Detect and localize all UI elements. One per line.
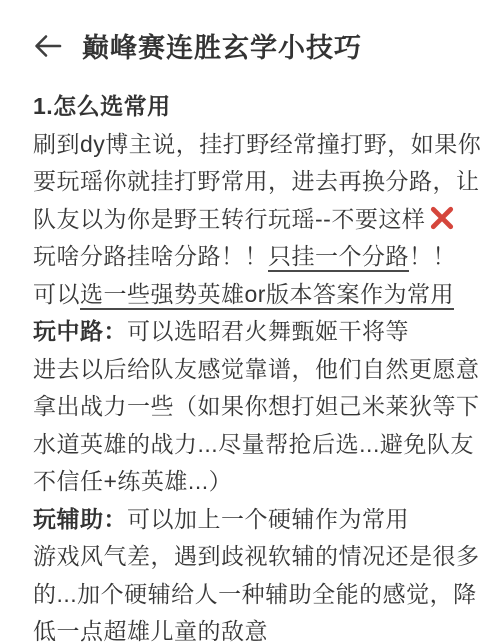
text-segment: 拿出战力一些（如果你想打妲己米莱狄等下 [33, 393, 480, 419]
text-segment: 水道英雄的战力...尽量帮抢后选...避免队友 [33, 431, 474, 457]
text-line: 进去以后给队友感觉靠谱，他们自然更愿意 [33, 351, 478, 389]
header: 巅峰赛连胜玄学小技巧 [0, 0, 500, 65]
text-line: 刷到dy博主说，挂打野经常撞打野，如果你 [33, 126, 478, 164]
underlined-text: 只挂一个分路 [268, 243, 409, 272]
back-button[interactable] [33, 31, 65, 61]
text-segment: 刷到dy博主说，挂打野经常撞打野，如果你 [33, 131, 481, 157]
text-segment: 的...加个硬辅给人一种辅助全能的感觉，降 [33, 581, 477, 607]
text-segment: 队友以为你是野王转行玩瑶--不要这样 [33, 206, 425, 232]
text-line: 要玩瑶你就挂打野常用，进去再换分路，让 [33, 163, 478, 201]
section-heading: 1.怎么选常用 [33, 88, 478, 126]
text-line: 玩辅助：可以加上一个硬辅作为常用 [33, 501, 478, 539]
text-segment: 可以选昭君火舞甄姬干将等 [127, 318, 409, 344]
text-segment: 可以加上一个硬辅作为常用 [127, 506, 409, 532]
text-line: 的...加个硬辅给人一种辅助全能的感觉，降 [33, 576, 478, 614]
text-line: 不信任+练英雄...） [33, 463, 478, 501]
text-segment: 游戏风气差，遇到歧视软辅的情况还是很多 [33, 543, 480, 569]
bold-label: 玩中路： [33, 318, 127, 344]
text-segment: 不信任+练英雄...） [33, 468, 232, 494]
cross-mark-icon [430, 204, 454, 228]
bold-label: 玩辅助： [33, 506, 127, 532]
text-line: 玩啥分路挂啥分路！！只挂一个分路！！ [33, 238, 478, 276]
text-segment: 进去以后给队友感觉靠谱，他们自然更愿意 [33, 356, 480, 382]
note-page: 巅峰赛连胜玄学小技巧 1.怎么选常用 刷到dy博主说，挂打野经常撞打野，如果你 … [0, 0, 500, 644]
text-line: 玩中路：可以选昭君火舞甄姬干将等 [33, 313, 478, 351]
text-line: 拿出战力一些（如果你想打妲己米莱狄等下 [33, 388, 478, 426]
text-segment: 要玩瑶你就挂打野常用，进去再换分路，让 [33, 168, 480, 194]
text-line: 队友以为你是野王转行玩瑶--不要这样 [33, 201, 478, 239]
page-title: 巅峰赛连胜玄学小技巧 [82, 26, 362, 65]
left-arrow-icon [33, 33, 63, 59]
text-line: 水道英雄的战力...尽量帮抢后选...避免队友 [33, 426, 478, 464]
text-line: 可以选一些强势英雄or版本答案作为常用 [33, 276, 478, 314]
text-line: 低一点超雄儿童的敌意 [33, 613, 478, 644]
text-segment: 可以 [33, 281, 80, 307]
text-segment: 玩啥分路挂啥分路！！ [33, 243, 268, 269]
note-body: 1.怎么选常用 刷到dy博主说，挂打野经常撞打野，如果你 要玩瑶你就挂打野常用，… [0, 88, 500, 644]
text-segment: 低一点超雄儿童的敌意 [33, 618, 268, 644]
text-line: 游戏风气差，遇到歧视软辅的情况还是很多 [33, 538, 478, 576]
underlined-text: 选一些强势英雄or版本答案作为常用 [80, 281, 454, 310]
text-segment: ！！ [409, 243, 456, 269]
